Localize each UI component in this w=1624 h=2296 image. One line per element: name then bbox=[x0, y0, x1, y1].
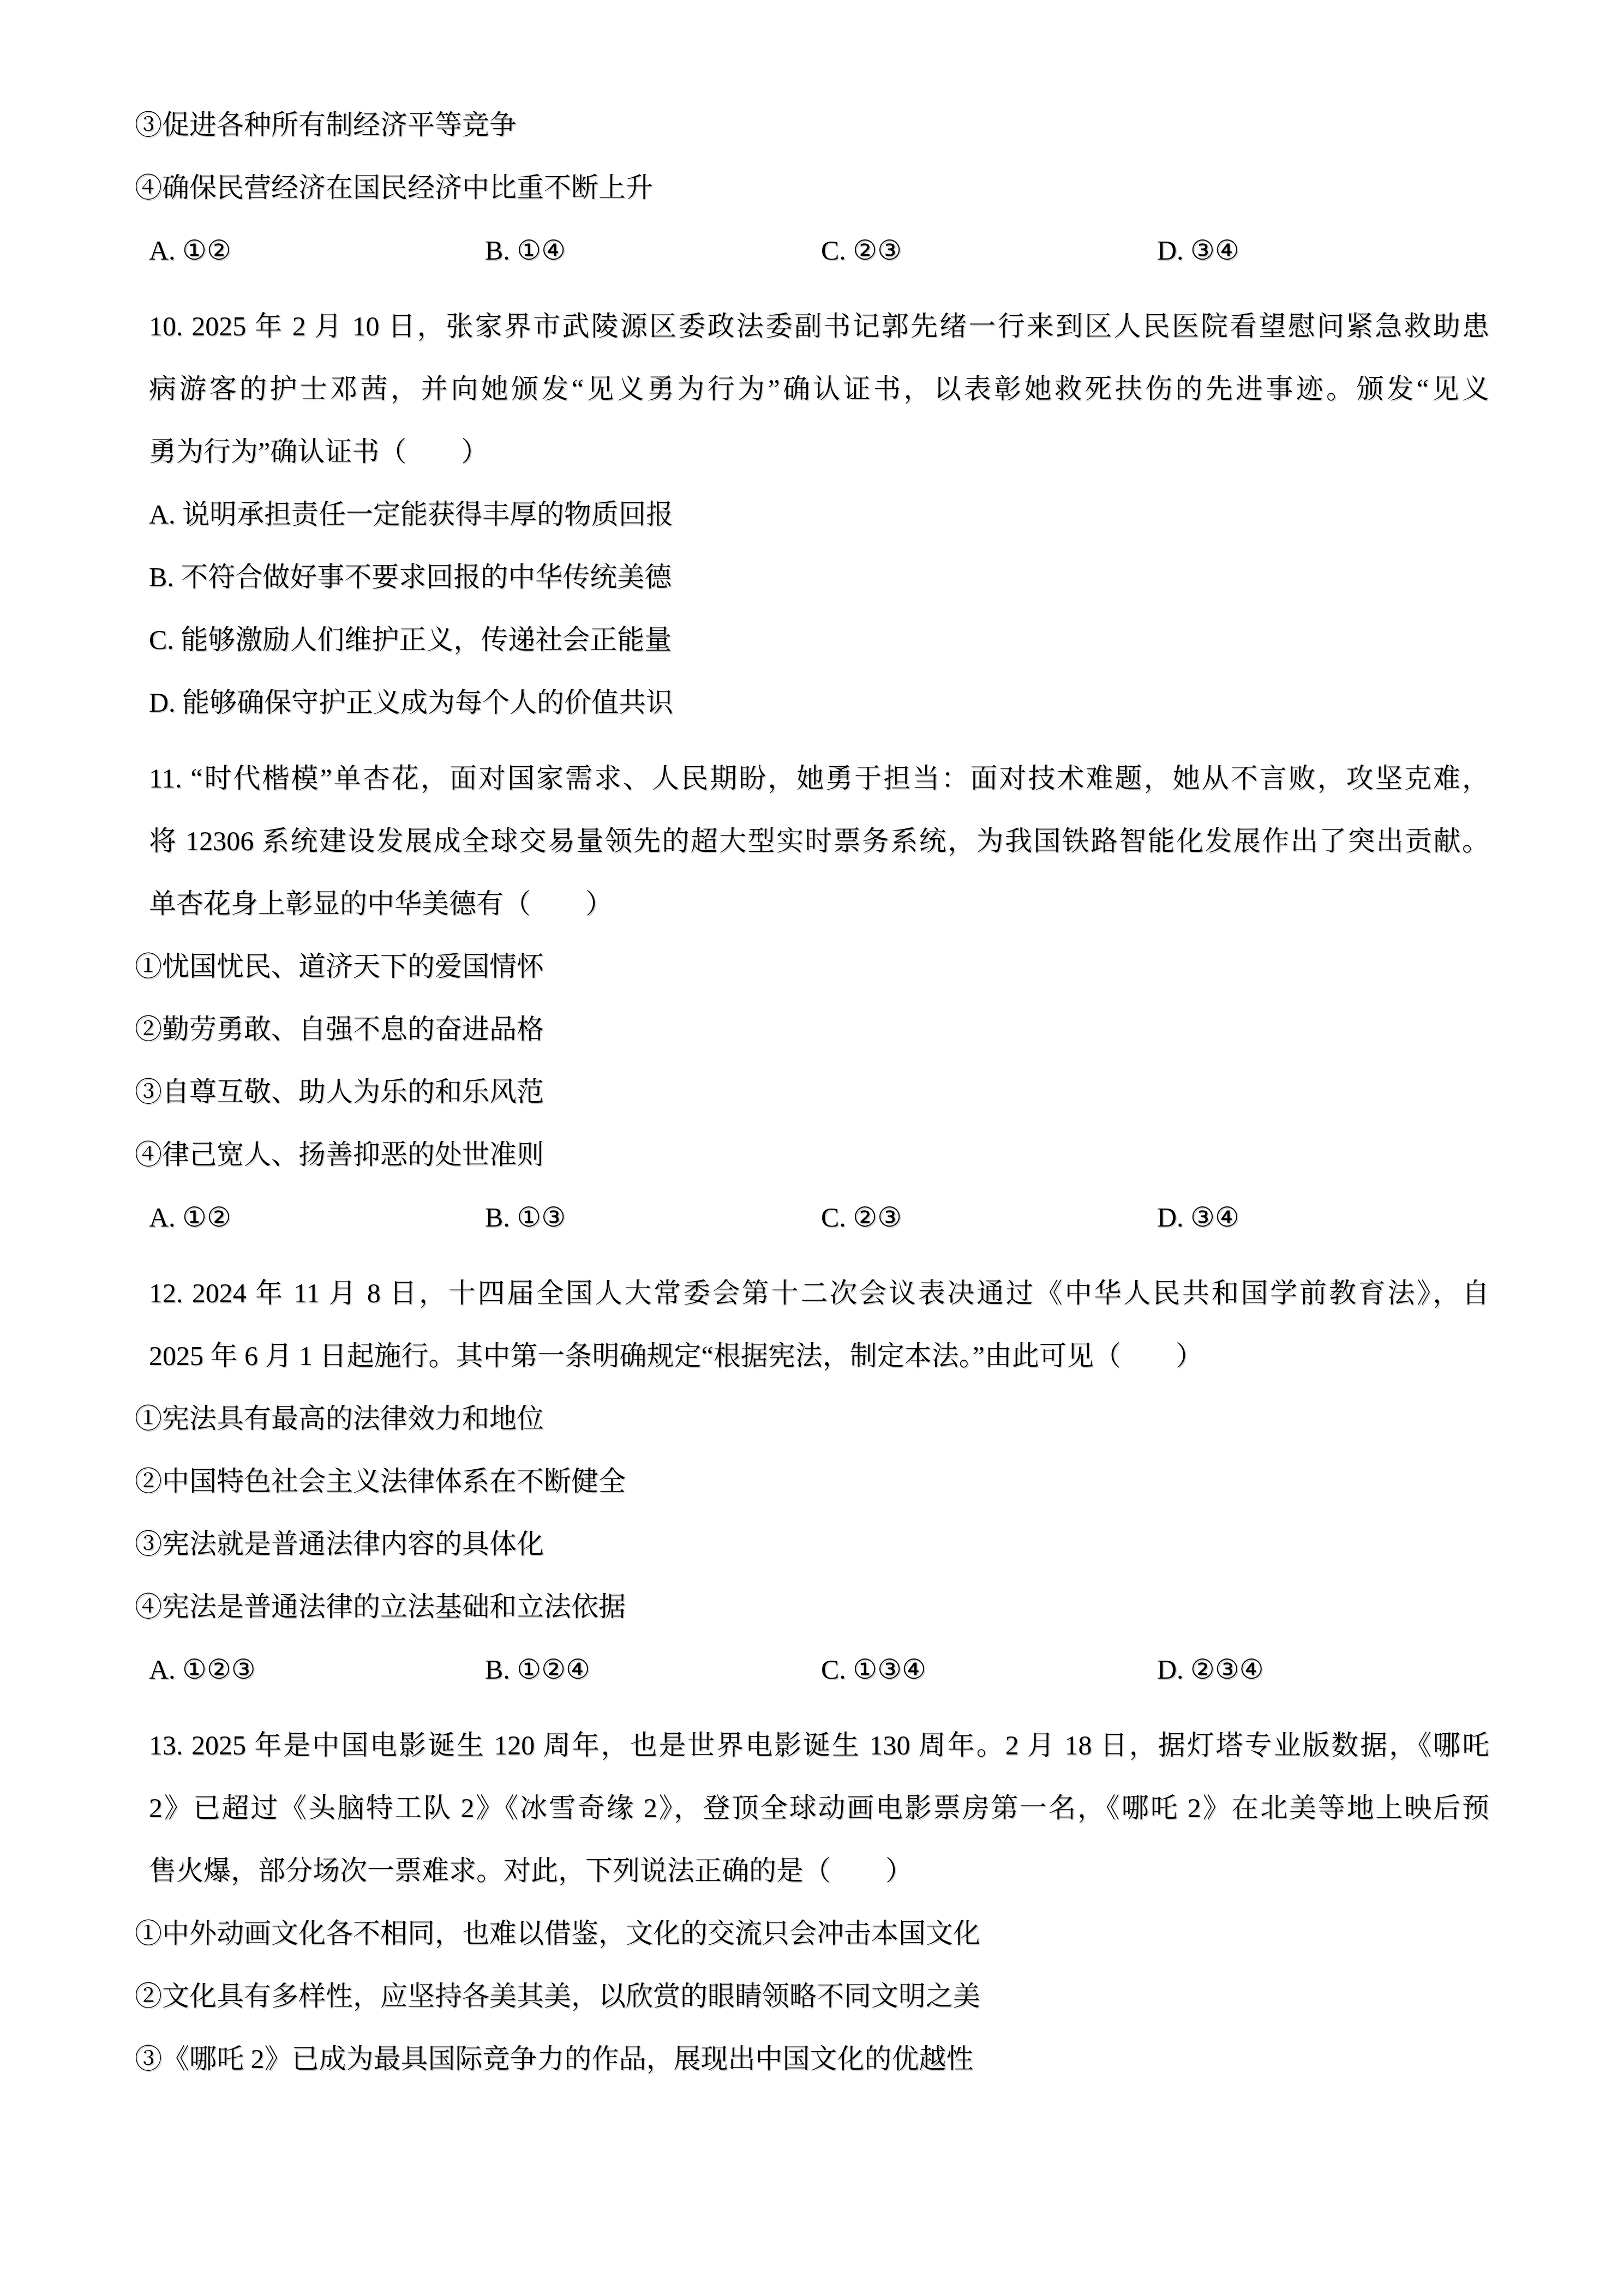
q11-item-4: ④律己宽人、扬善抑恶的处世准则 bbox=[135, 1123, 1489, 1186]
q12-choices-row: A. ①②③ B. ①②④ C. ①③④ D. ②③④ bbox=[135, 1638, 1489, 1701]
q11-item-2: ②勤劳勇敢、自强不息的奋进品格 bbox=[135, 998, 1489, 1061]
q13-item-2: ②文化具有多样性，应坚持各美其美，以欣赏的眼睛领略不同文明之美 bbox=[135, 1965, 1489, 2028]
q9-choices-row: A. ①② B. ①④ C. ②③ D. ③④ bbox=[135, 219, 1489, 282]
q9-item-3: ③促进各种所有制经济平等竞争 bbox=[135, 94, 1489, 157]
q11-choice-d: D. ③④ bbox=[1157, 1186, 1239, 1249]
q10-stem-line-2: 病游客的护士邓茜，并向她颁发“见义勇为行为”确认证书，以表彰她救死扶伤的先进事迹… bbox=[135, 358, 1489, 420]
q10-stem-line-3: 勇为行为”确认证书（ ） bbox=[135, 420, 1489, 483]
q9-choice-a: A. ①② bbox=[149, 219, 485, 282]
q13-item-3: ③《哪吒 2》已成为最具国际竞争力的作品，展现出中国文化的优越性 bbox=[135, 2028, 1489, 2090]
q11-stem-line-2: 将 12306 系统建设发展成全球交易量领先的超大型实时票务系统，为我国铁路智能… bbox=[135, 810, 1489, 873]
exam-document-page: { "page": { "background_color": "#ffffff… bbox=[0, 0, 1624, 2296]
q13-stem-line-2: 2》已超过《头脑特工队 2》《冰雪奇缘 2》，登顶全球动画电影票房第一名，《哪吒… bbox=[135, 1777, 1489, 1840]
exam-content: ③促进各种所有制经济平等竞争 ④确保民营经济在国民经济中比重不断上升 A. ①②… bbox=[135, 94, 1489, 2090]
q11-item-1: ①忧国忧民、道济天下的爱国情怀 bbox=[135, 935, 1489, 998]
q10-option-a: A. 说明承担责任一定能获得丰厚的物质回报 bbox=[135, 483, 1489, 546]
q9-choice-b: B. ①④ bbox=[485, 219, 821, 282]
q12-item-1: ①宪法具有最高的法律效力和地位 bbox=[135, 1387, 1489, 1450]
q12-stem-line-2: 2025 年 6 月 1 日起施行。其中第一条明确规定“根据宪法，制定本法。”由… bbox=[135, 1325, 1489, 1387]
q11-stem-line-1: 11. “时代楷模”单杏花，面对国家需求、人民期盼，她勇于担当：面对技术难题，她… bbox=[135, 747, 1489, 810]
q11-item-3: ③自尊互敬、助人为乐的和乐风范 bbox=[135, 1061, 1489, 1123]
q12-choice-b: B. ①②④ bbox=[485, 1638, 821, 1701]
q12-item-2: ②中国特色社会主义法律体系在不断健全 bbox=[135, 1450, 1489, 1513]
q9-choice-c: C. ②③ bbox=[821, 219, 1157, 282]
q12-choice-a: A. ①②③ bbox=[149, 1638, 485, 1701]
q12-stem-line-1: 12. 2024 年 11 月 8 日，十四届全国人大常委会第十二次会议表决通过… bbox=[135, 1262, 1489, 1325]
q13-item-1: ①中外动画文化各不相同，也难以借鉴，文化的交流只会冲击本国文化 bbox=[135, 1902, 1489, 1965]
q10-option-c: C. 能够激励人们维护正义，传递社会正能量 bbox=[135, 609, 1489, 671]
q12-item-4: ④宪法是普通法律的立法基础和立法依据 bbox=[135, 1576, 1489, 1638]
q13-stem-line-1: 13. 2025 年是中国电影诞生 120 周年，也是世界电影诞生 130 周年… bbox=[135, 1714, 1489, 1777]
q12-item-3: ③宪法就是普通法律内容的具体化 bbox=[135, 1513, 1489, 1576]
q11-choice-b: B. ①③ bbox=[485, 1186, 821, 1249]
q11-choice-c: C. ②③ bbox=[821, 1186, 1157, 1249]
q11-choice-a: A. ①② bbox=[149, 1186, 485, 1249]
q10-option-b: B. 不符合做好事不要求回报的中华传统美德 bbox=[135, 546, 1489, 609]
q9-item-4: ④确保民营经济在国民经济中比重不断上升 bbox=[135, 157, 1489, 219]
q11-stem-line-3: 单杏花身上彰显的中华美德有（ ） bbox=[135, 873, 1489, 935]
q9-choice-d: D. ③④ bbox=[1157, 219, 1239, 282]
q13-stem-line-3: 售火爆，部分场次一票难求。对此，下列说法正确的是（ ） bbox=[135, 1840, 1489, 1902]
q12-choice-c: C. ①③④ bbox=[821, 1638, 1157, 1701]
q10-option-d: D. 能够确保守护正义成为每个人的价值共识 bbox=[135, 671, 1489, 734]
q12-choice-d: D. ②③④ bbox=[1157, 1638, 1264, 1701]
q11-choices-row: A. ①② B. ①③ C. ②③ D. ③④ bbox=[135, 1186, 1489, 1249]
q10-stem-line-1: 10. 2025 年 2 月 10 日，张家界市武陵源区委政法委副书记郭先绪一行… bbox=[135, 295, 1489, 358]
